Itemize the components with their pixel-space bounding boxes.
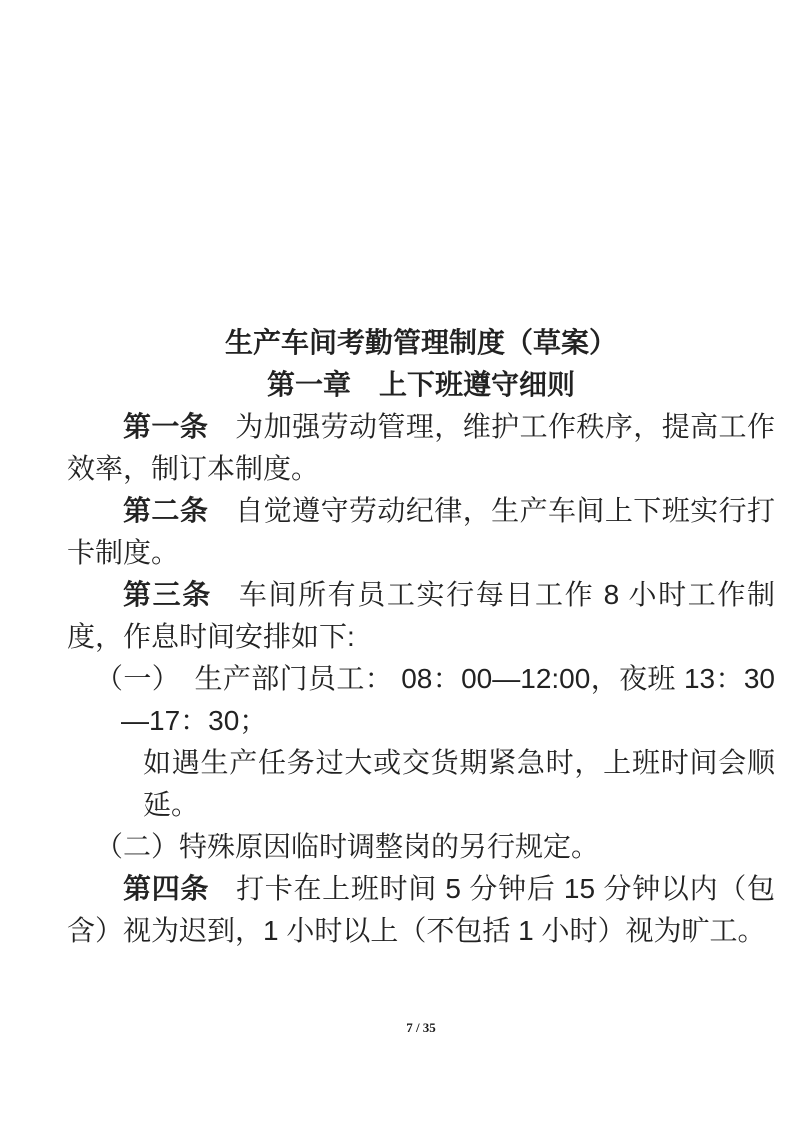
article-paragraph-2: 第二条自觉遵守劳动纪律，生产车间上下班实行打卡制度。	[67, 490, 775, 574]
document-title: 生产车间考勤管理制度（草案）	[67, 322, 775, 364]
chapter-heading: 第一章 上下班遵守细则	[67, 364, 775, 406]
document-page: 生产车间考勤管理制度（草案） 第一章 上下班遵守细则 第一条为加强劳动管理，维护…	[0, 0, 793, 1122]
article-paragraph-3: 第三条车间所有员工实行每日工作 8 小时工作制度，作息时间安排如下:	[67, 574, 775, 658]
schedule-item-two: （二）特殊原因临时调整岗的另行规定。	[67, 826, 775, 868]
article-paragraph-4: 第四条打卡在上班时间 5 分钟后 15 分钟以内（包含）视为迟到，1 小时以上（…	[67, 868, 775, 952]
article-paragraph-1: 第一条为加强劳动管理，维护工作秩序，提高工作效率，制订本制度。	[67, 406, 775, 490]
document-body: 生产车间考勤管理制度（草案） 第一章 上下班遵守细则 第一条为加强劳动管理，维护…	[67, 0, 775, 952]
article-3-label: 第三条	[123, 579, 212, 610]
article-1-label: 第一条	[123, 411, 208, 442]
page-footer: 7 / 35	[67, 1020, 775, 1036]
page-number: 7 / 35	[406, 1020, 436, 1035]
article-2-label: 第二条	[123, 495, 208, 526]
article-4-label: 第四条	[123, 873, 209, 904]
schedule-item-one-note: 如遇生产任务过大或交货期紧急时，上班时间会顺延。	[67, 742, 775, 826]
schedule-item-one: （一） 生产部门员工： 08：00—12:00，夜班 13：30—17：30；	[67, 658, 775, 742]
